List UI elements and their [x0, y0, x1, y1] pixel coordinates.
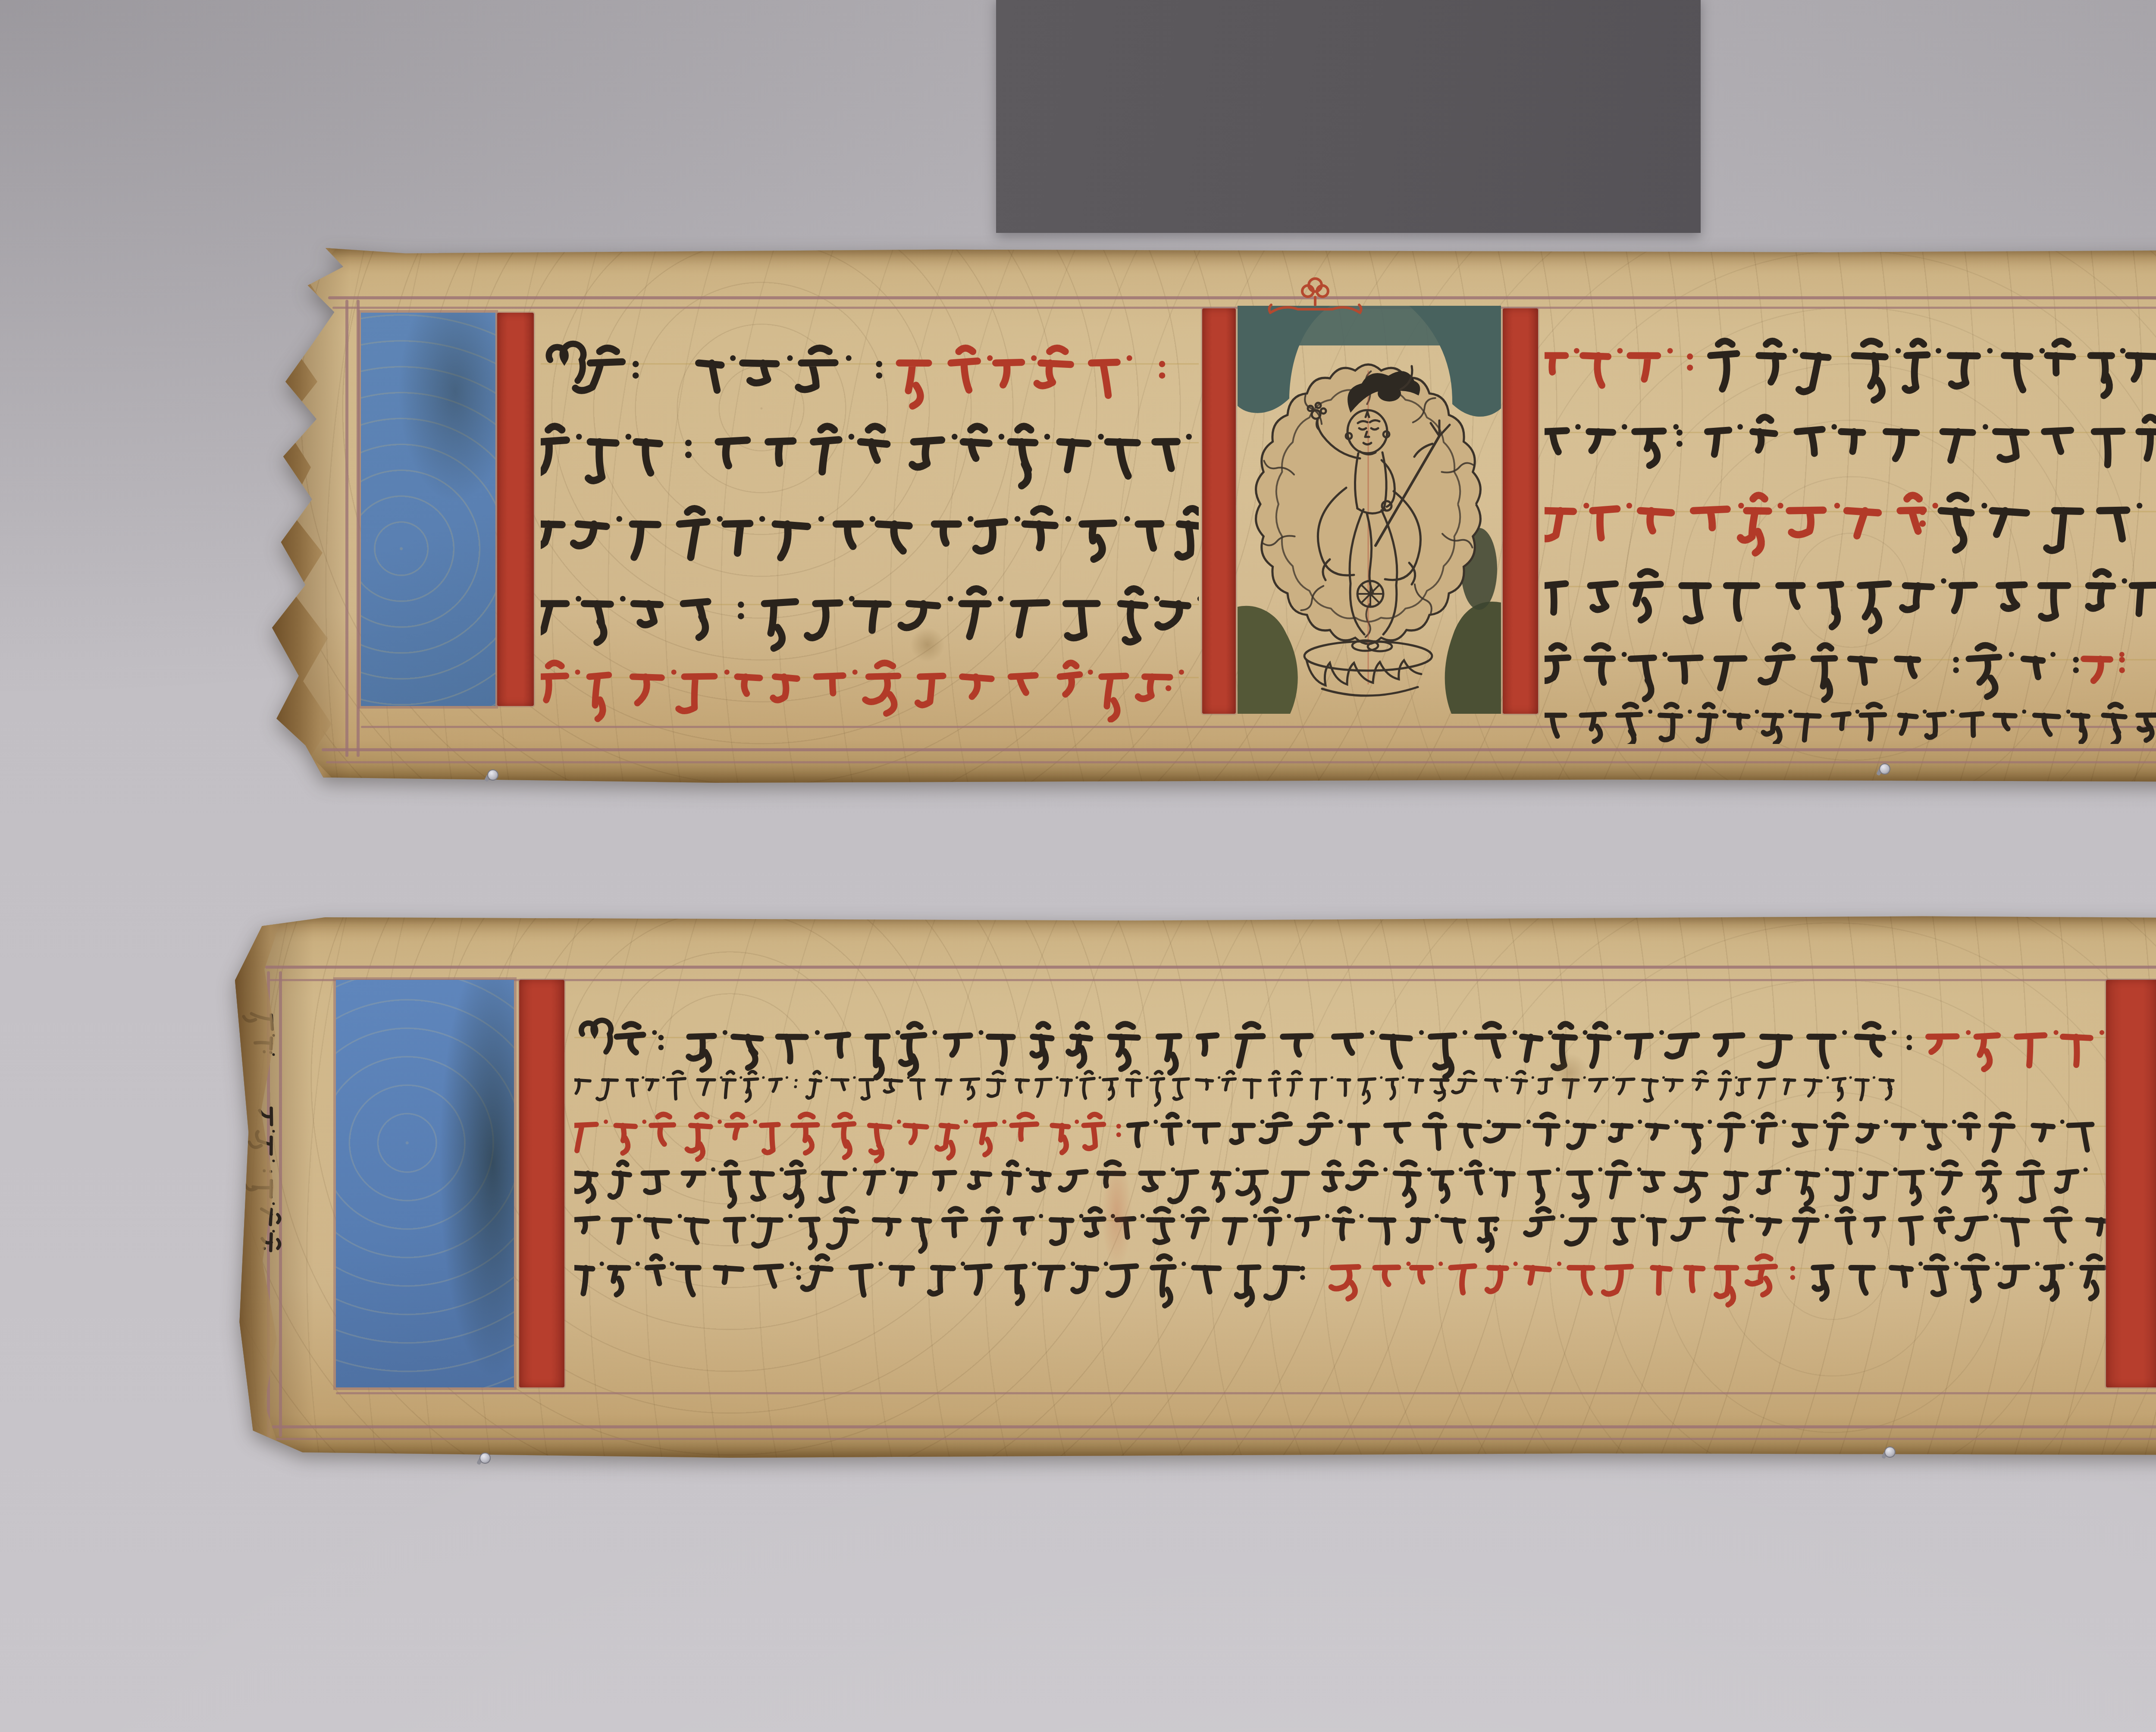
folio-inscription — [287, 1057, 334, 1316]
script-line — [549, 344, 1165, 406]
script-line — [574, 1072, 1894, 1105]
script-line — [1545, 417, 2156, 465]
gray-backdrop-card — [996, 0, 1701, 233]
top-leaf-paper — [272, 248, 2156, 783]
pin-head — [1879, 763, 1890, 775]
red-divider-bar — [1503, 308, 1538, 714]
torn-edge — [272, 248, 337, 783]
ruled-line — [272, 1425, 2156, 1428]
script-line — [1545, 341, 2156, 400]
script-line — [574, 1256, 2104, 1305]
top-leaf — [272, 248, 2156, 783]
script-block-canvas — [574, 980, 2106, 1368]
script-line — [574, 1162, 2088, 1206]
script-line — [541, 508, 1199, 559]
script-block-canvas — [239, 1010, 287, 1269]
script-line — [541, 427, 1192, 486]
mounting-pin — [485, 769, 498, 784]
jewel-finial-ornament — [1263, 270, 1367, 322]
script-line — [1545, 645, 2125, 700]
deity-illustration — [1238, 306, 1501, 714]
mounting-pin — [1877, 762, 1890, 778]
red-divider-bar — [497, 313, 534, 706]
ruled-line — [345, 300, 348, 757]
pin-head — [487, 769, 498, 781]
ruled-line — [322, 748, 2156, 751]
folio-inscription-text — [239, 1010, 287, 1269]
text-panel-right — [1545, 321, 2156, 744]
red-divider-bar — [519, 980, 564, 1387]
left-end-panel — [336, 980, 514, 1387]
ruled-line — [336, 1392, 2156, 1394]
text-panel-main — [574, 980, 2106, 1368]
ruled-line — [265, 966, 2156, 969]
red-divider-bar — [2106, 980, 2156, 1387]
photograph — [0, 0, 2156, 1732]
script-line — [1545, 704, 2156, 744]
script-line — [574, 1114, 2092, 1161]
script-line — [1545, 496, 2142, 553]
pin-head — [1884, 1446, 1896, 1458]
bottom-leaf — [235, 915, 2156, 1458]
script-block-canvas — [1545, 321, 2156, 744]
script-line — [541, 589, 1199, 648]
script-block-canvas — [541, 321, 1199, 722]
mounting-pin — [477, 1452, 490, 1467]
script-line — [541, 663, 1184, 719]
bottom-leaf-paper — [235, 915, 2156, 1458]
red-divider-bar — [1202, 308, 1236, 714]
ruled-line — [276, 1438, 2156, 1440]
mounting-pin — [1882, 1446, 1895, 1461]
left-end-panel — [361, 313, 495, 706]
script-line — [574, 1209, 2106, 1252]
pin-head — [479, 1453, 491, 1464]
script-line — [244, 1012, 279, 1252]
ruled-line — [328, 296, 2156, 299]
ruled-line — [357, 300, 360, 757]
text-panel-left — [541, 321, 1199, 722]
script-line — [1545, 571, 2156, 631]
script-line — [581, 1020, 2104, 1077]
